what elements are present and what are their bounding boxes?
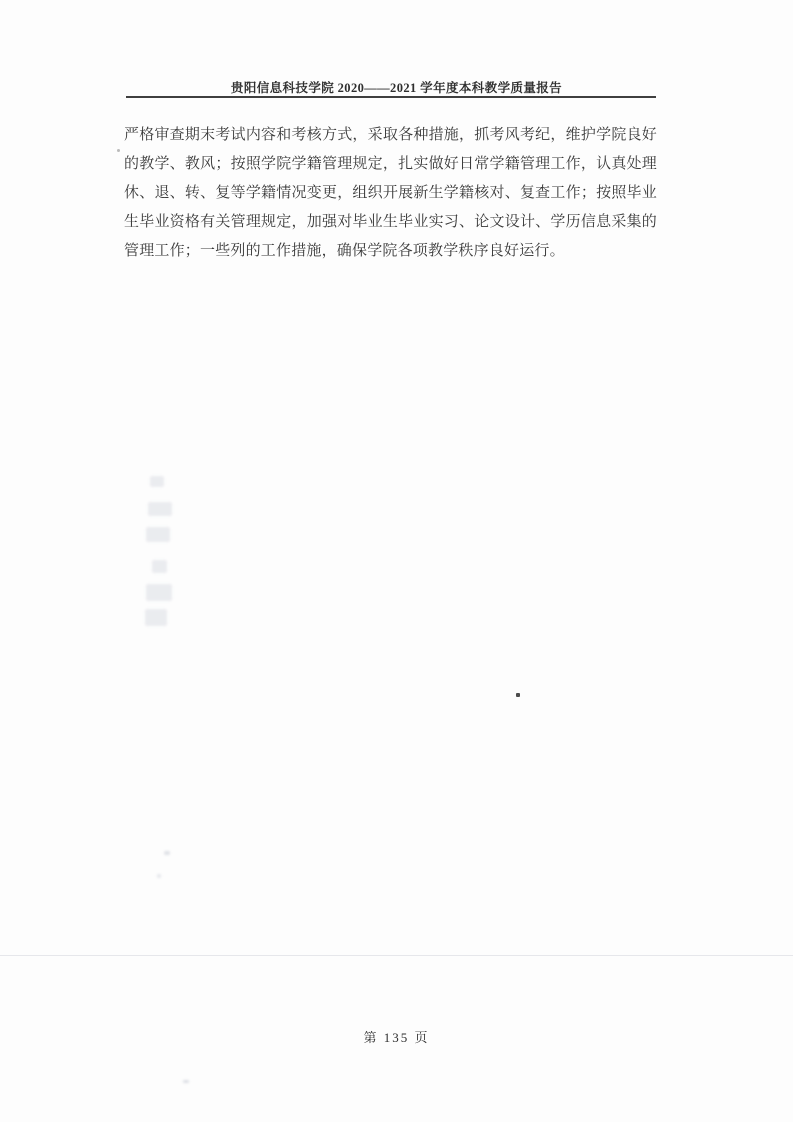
scan-smudge: [146, 527, 170, 542]
scan-smudge: [183, 1080, 189, 1083]
scan-smudge: [164, 851, 170, 855]
document-page: 贵阳信息科技学院 2020——2021 学年度本科教学质量报告 严格审查期末考试…: [0, 0, 793, 1122]
scan-smudge: [148, 502, 172, 516]
scanner-streak-line: [0, 955, 793, 956]
scan-smudge: [145, 609, 167, 626]
paragraph-line: 严格审查期末考试内容和考核方式，采取各种措施，抓考风考纪，维护学院良好: [124, 121, 657, 150]
scan-smudge: [150, 476, 164, 487]
scan-smudge: [146, 584, 172, 601]
scan-speck: [117, 149, 120, 152]
page-header-title: 贵阳信息科技学院 2020——2021 学年度本科教学质量报告: [0, 78, 793, 96]
header-rule-line: [126, 96, 656, 98]
page-number: 第 135 页: [0, 1027, 793, 1046]
body-paragraph: 严格审查期末考试内容和考核方式，采取各种措施，抓考风考纪，维护学院良好 的教学、…: [124, 121, 657, 266]
scan-smudge: [152, 560, 167, 573]
paragraph-line: 管理工作；一些列的工作措施，确保学院各项教学秩序良好运行。: [124, 237, 657, 266]
paragraph-line: 的教学、教风；按照学院学籍管理规定，扎实做好日常学籍管理工作，认真处理: [124, 150, 657, 179]
paragraph-line: 生毕业资格有关管理规定，加强对毕业生毕业实习、论文设计、学历信息采集的: [124, 208, 657, 237]
scan-smudge: [157, 874, 161, 878]
ink-speck: [516, 693, 520, 697]
paragraph-line: 休、退、转、复等学籍情况变更，组织开展新生学籍核对、复查工作；按照毕业: [124, 179, 657, 208]
